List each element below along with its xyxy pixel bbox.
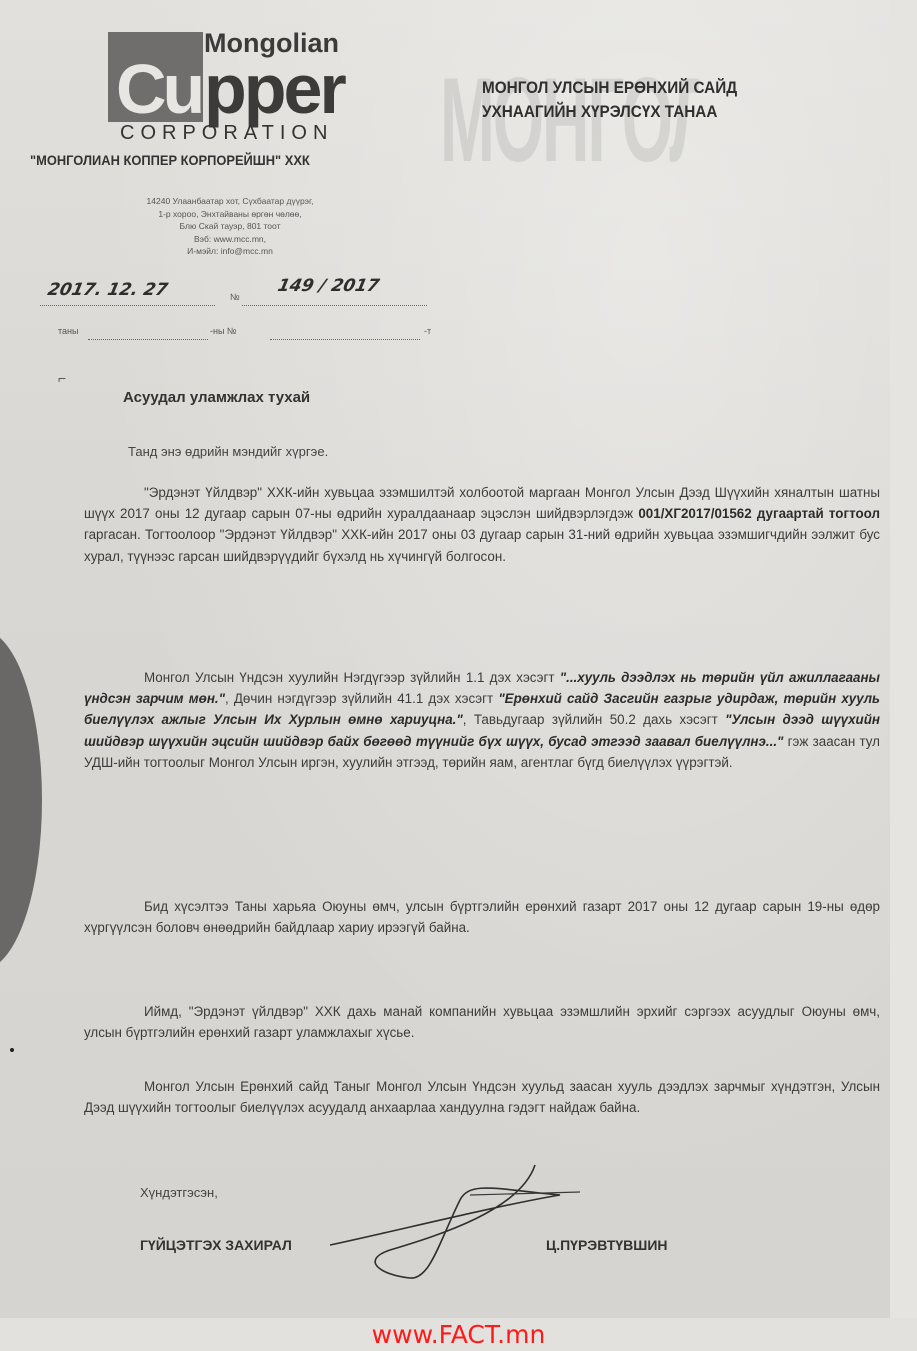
paragraph-text: Бид хүсэлтээ Таны харьяа Оюуны өмч, улсы…: [84, 899, 880, 935]
number-label: №: [230, 292, 240, 302]
ref-end-label: -т: [424, 326, 431, 336]
logo-corporation: CORPORATION: [120, 122, 333, 145]
logo-pper: pper: [204, 54, 344, 124]
letter-greeting: Танд энэ өдрийн мэндийг хүргэе.: [128, 444, 328, 459]
speck: [10, 1048, 14, 1052]
letter-paragraph: Монгол Улсын Үндсэн хуулийн Нэгдүгээр зү…: [84, 667, 880, 773]
letter-paragraph: Иймд, "Эрдэнэт үйлдвэр" ХХК дахь манай к…: [84, 1001, 880, 1043]
addressee-block: МОНГОЛ УЛСЫН ЕРӨНХИЙ САЙД УХНААГИЙН ХҮРЭ…: [482, 76, 737, 124]
letter-paragraph: Бид хүсэлтээ Таны харьяа Оюуны өмч, улсы…: [84, 896, 880, 938]
page-margin-strip: [890, 0, 917, 1351]
paragraph-text: , Тавьдугаар зүйлийн 50.2 дахь хэсэгт: [463, 712, 725, 727]
paragraph-text: , Дөчин нэгдүгээр зүйлийн 41.1 дэх хэсэг…: [225, 691, 498, 706]
paragraph-text: Монгол Улсын Ерөнхий сайд Таныг Монгол У…: [84, 1079, 880, 1115]
address-line: Вэб: www.mcc.mn,: [95, 233, 365, 246]
ref-number-label: -ны №: [210, 326, 237, 336]
ref-label: таны: [58, 326, 78, 336]
number-line: [242, 305, 427, 306]
letter-subject: Асуудал уламжлах тухай: [123, 389, 310, 406]
company-name: "МОНГОЛИАН КОППЕР КОРПОРЕЙШН" ХХК: [30, 152, 310, 168]
address-line: 1-р хороо, Энхтайваны өргөн чөлөө,: [95, 208, 365, 221]
handwritten-number: 149 / 2017: [276, 276, 381, 296]
company-address: 14240 Улаанбаатар хот, Сүхбаатар дүүрэг,…: [95, 195, 365, 258]
address-line: И-мэйл: info@mcc.mn: [95, 245, 365, 258]
date-line: [40, 305, 215, 306]
letter-paragraph: Монгол Улсын Ерөнхий сайд Таныг Монгол У…: [84, 1076, 880, 1118]
letter-closing: Хүндэтгэсэн,: [140, 1185, 218, 1200]
paragraph-text: Монгол Улсын Үндсэн хуулийн Нэгдүгээр зү…: [144, 670, 560, 685]
letter-paragraph: "Эрдэнэт Үйлдвэр" ХХК-ийн хувьцаа эзэмши…: [84, 482, 880, 567]
handwritten-date: 2017. 12. 27: [46, 280, 170, 300]
addressee-line: МОНГОЛ УЛСЫН ЕРӨНХИЙ САЙД: [482, 76, 737, 100]
signer-title: ГҮЙЦЭТГЭХ ЗАХИРАЛ: [140, 1237, 292, 1253]
emphasized-text: 001/ХГ2017/01562 дугаартай тогтоол: [638, 506, 880, 521]
paragraph-text: Иймд, "Эрдэнэт үйлдвэр" ХХК дахь манай к…: [84, 1004, 880, 1040]
ref-date-line: [88, 339, 208, 340]
registration-row: 2017. 12. 27 № 149 / 2017: [40, 282, 430, 308]
addressee-line: УХНААГИЙН ХҮРЭЛСҮХ ТАНАА: [482, 100, 737, 124]
address-line: Блю Скай тауэр, 801 тоот: [95, 220, 365, 233]
logo-cu: Cu: [116, 54, 201, 124]
ref-number-line: [270, 339, 420, 340]
source-watermark: www.FACT.mn: [0, 1320, 917, 1349]
signature-icon: [320, 1150, 640, 1290]
address-line: 14240 Улаанбаатар хот, Сүхбаатар дүүрэг,: [95, 195, 365, 208]
corner-mark: ⌐: [58, 370, 66, 386]
reference-row: таны -ны № -т: [40, 316, 430, 342]
paragraph-text: гаргасан. Тогтоолоор "Эрдэнэт Үйлдвэр" Х…: [84, 527, 880, 563]
